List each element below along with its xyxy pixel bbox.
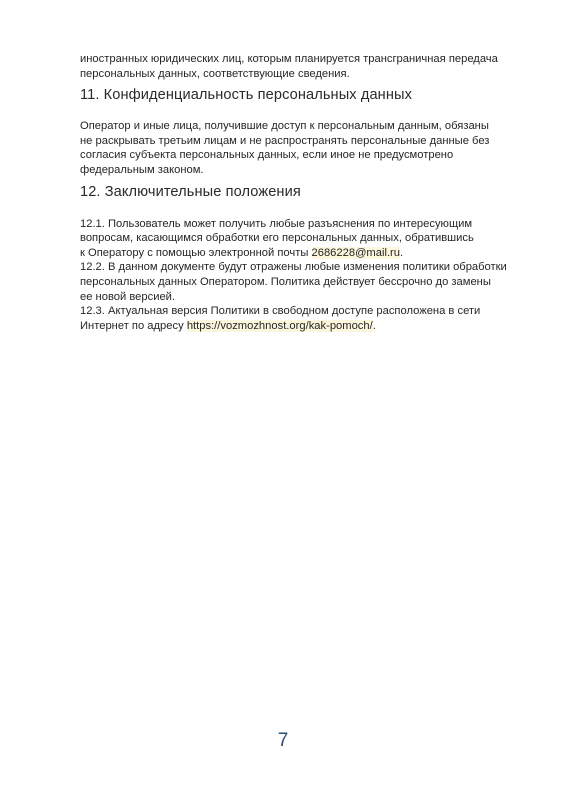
document-page: иностранных юридических лиц, которым пла… (80, 52, 520, 333)
punctuation: . (373, 320, 376, 332)
clause-12-2-line: 12.2. В данном документе будут отражены … (80, 261, 507, 273)
clause-12-1-line: к Оператору с помощью электронной почты (80, 247, 312, 259)
email-link[interactable]: 2686228@mail.ru (312, 247, 400, 259)
intro-line: персональных данных, соответствующие све… (80, 68, 350, 80)
section-11-line: Оператор и иные лица, получившие доступ … (80, 120, 489, 132)
punctuation: . (400, 247, 403, 259)
section-11-paragraph: Оператор и иные лица, получившие доступ … (80, 119, 520, 177)
clause-12-1-line: 12.1. Пользователь может получить любые … (80, 218, 472, 230)
page-number: 7 (0, 730, 566, 752)
clause-12-2-line: персональных данных Оператором. Политика… (80, 276, 491, 288)
section-11-line: федеральным законом. (80, 164, 204, 176)
section-11-line: не раскрывать третьим лицам и не распрос… (80, 135, 489, 147)
section-12-heading: 12. Заключительные положения (80, 183, 520, 201)
clause-12-2-line: ее новой версией. (80, 291, 175, 303)
intro-line: иностранных юридических лиц, которым пла… (80, 53, 498, 65)
section-11-line: согласия субъекта персональных данных, е… (80, 149, 453, 161)
clause-12-3-line: 12.3. Актуальная версия Политики в свобо… (80, 305, 480, 317)
section-12-paragraph: 12.1. Пользователь может получить любые … (80, 217, 520, 334)
intro-paragraph: иностранных юридических лиц, которым пла… (80, 52, 520, 81)
website-link[interactable]: https://vozmozhnost.org/kak-pomoch/ (187, 320, 373, 332)
clause-12-1-line: вопросам, касающимся обработки его персо… (80, 232, 474, 244)
clause-12-3-line: Интернет по адресу (80, 320, 187, 332)
section-11-heading: 11. Конфиденциальность персональных данн… (80, 86, 520, 104)
